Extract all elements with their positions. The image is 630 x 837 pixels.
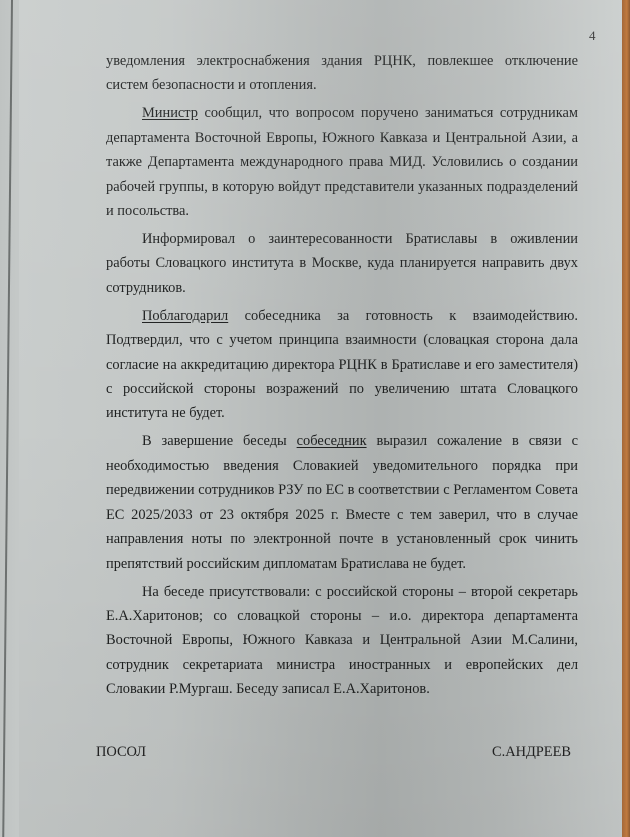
paragraph-4: Поблагодарил собеседника за готовность к…: [106, 304, 578, 426]
paragraph-3: Информировал о заинтересованности Братис…: [106, 227, 578, 300]
paragraph-text: собеседника за готовность к взаимодейств…: [106, 308, 578, 422]
paragraph-text: На беседе присутствовали: с российской с…: [106, 584, 578, 698]
document-page: 4 уведомления электроснабжения здания РЦ…: [19, 0, 623, 837]
underlined-word: собеседник: [297, 433, 367, 449]
paragraph-text: уведомления электроснабжения здания РЦНК…: [106, 53, 578, 93]
paragraph-text: Информировал о заинтересованности Братис…: [106, 231, 578, 296]
underlined-lead: Поблагодарил: [142, 308, 228, 324]
paragraph-text: выразил сожаление в связи с необходимост…: [106, 433, 578, 571]
paragraph-1: уведомления электроснабжения здания РЦНК…: [106, 49, 578, 98]
paragraph-2: Министр сообщил, что вопросом поручено з…: [106, 101, 578, 223]
document-body: уведомления электроснабжения здания РЦНК…: [106, 49, 578, 705]
page-number: 4: [589, 28, 596, 44]
desk-surface: [622, 0, 630, 837]
paragraph-5: В завершение беседы собеседник выразил с…: [106, 429, 578, 575]
paragraph-text: сообщил, что вопросом поручено заниматьс…: [106, 105, 578, 219]
signature-title: ПОСОЛ: [96, 744, 146, 761]
underlined-lead: Министр: [142, 105, 198, 121]
paragraph-6: На беседе присутствовали: с российской с…: [106, 580, 578, 702]
signature-name: С.АНДРЕЕВ: [492, 744, 571, 761]
paragraph-text-before: В завершение беседы: [142, 433, 297, 449]
